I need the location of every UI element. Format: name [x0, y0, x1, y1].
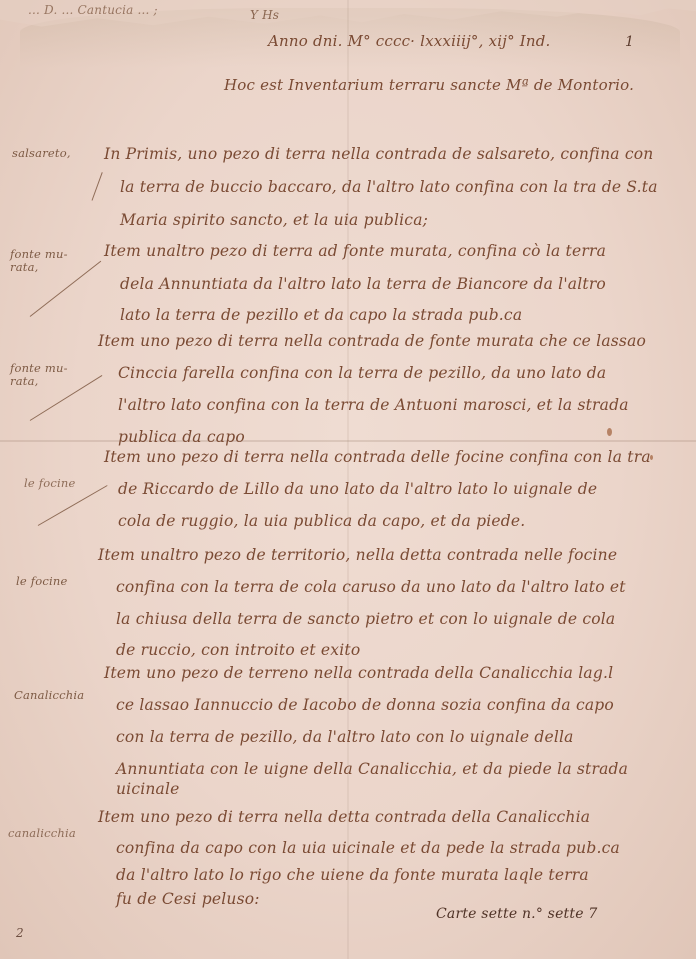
- title-line: Hoc est Inventarium terraru sancte Mª de…: [224, 76, 634, 94]
- margin-note: Canalicchia: [14, 688, 84, 702]
- entry-line: Annuntiata con le uigne della Canalicchi…: [116, 760, 628, 778]
- entry-line: confina da capo con la uia uicinale et d…: [116, 839, 620, 857]
- entry-line: Item unaltro pezo di terra ad fonte mura…: [104, 242, 606, 260]
- entry-line: l'altro lato confina con la terra de Ant…: [118, 396, 629, 414]
- entry-line: Item unaltro pezo de territorio, nella d…: [98, 546, 617, 564]
- manuscript-page: ... D. ... Cantucia ... ; Y Hs Anno dni.…: [0, 0, 696, 959]
- entry-line: fu de Cesi peluso:: [116, 890, 260, 908]
- entry-line: Item uno pezo di terra nella contrada de…: [104, 448, 651, 466]
- top-note: ... D. ... Cantucia ... ;: [28, 3, 158, 17]
- margin-stroke: [38, 485, 108, 526]
- entry-line: la chiusa della terra de sancto pietro e…: [116, 610, 615, 628]
- date-line: Anno dni. M° cccc· lxxxiiij°, xij° Ind.: [268, 32, 551, 50]
- entry-line: con la terra de pezillo, da l'altro lato…: [116, 728, 574, 746]
- entry-line: cola de ruggio, la uia publica da capo, …: [118, 512, 525, 530]
- entry-line: uicinale: [116, 780, 180, 798]
- footer-note: Carte sette n.° sette 7: [436, 906, 597, 922]
- entry-line: In Primis, uno pezo di terra nella contr…: [104, 145, 653, 163]
- entry-line: publica da capo: [118, 428, 245, 446]
- entry-line: Item uno pezo di terra nella detta contr…: [98, 808, 590, 826]
- folio-number: 1: [625, 34, 634, 50]
- entry-line: dela Annuntiata da l'altro lato la terra…: [120, 275, 606, 293]
- margin-stroke: [92, 172, 103, 201]
- entry-line: Maria spirito sancto, et la uia publica;: [120, 211, 428, 229]
- entry-line: de ruccio, con introito et exito: [116, 641, 360, 659]
- margin-note: salsareto,: [12, 146, 71, 160]
- entry-line: da l'altro lato lo rigo che uiene da fon…: [116, 866, 589, 884]
- entry-line: Cinccia farella confina con la terra de …: [118, 364, 606, 382]
- margin-note: fonte mu- rata,: [10, 248, 70, 274]
- entry-line: confina con la terra de cola caruso da u…: [116, 578, 626, 596]
- margin-note: canalicchia: [8, 826, 76, 840]
- margin-note: le focine: [24, 476, 75, 490]
- marker-ihs: Y Hs: [250, 8, 279, 22]
- margin-note: le focine: [16, 574, 67, 588]
- entry-line: la terra de buccio baccaro, da l'altro l…: [120, 178, 658, 196]
- entry-line: lato la terra de pezillo et da capo la s…: [120, 306, 522, 324]
- entry-line: Item uno pezo di terra nella contrada de…: [98, 332, 646, 350]
- ink-spot: [607, 428, 612, 436]
- margin-note: fonte mu- rata,: [10, 362, 70, 388]
- entry-line: Item uno pezo de terreno nella contrada …: [104, 664, 613, 682]
- entry-line: ce lassao Iannuccio de Iacobo de donna s…: [116, 696, 614, 714]
- bottom-left-number: 2: [16, 926, 24, 940]
- entry-line: de Riccardo de Lillo da uno lato da l'al…: [118, 480, 597, 498]
